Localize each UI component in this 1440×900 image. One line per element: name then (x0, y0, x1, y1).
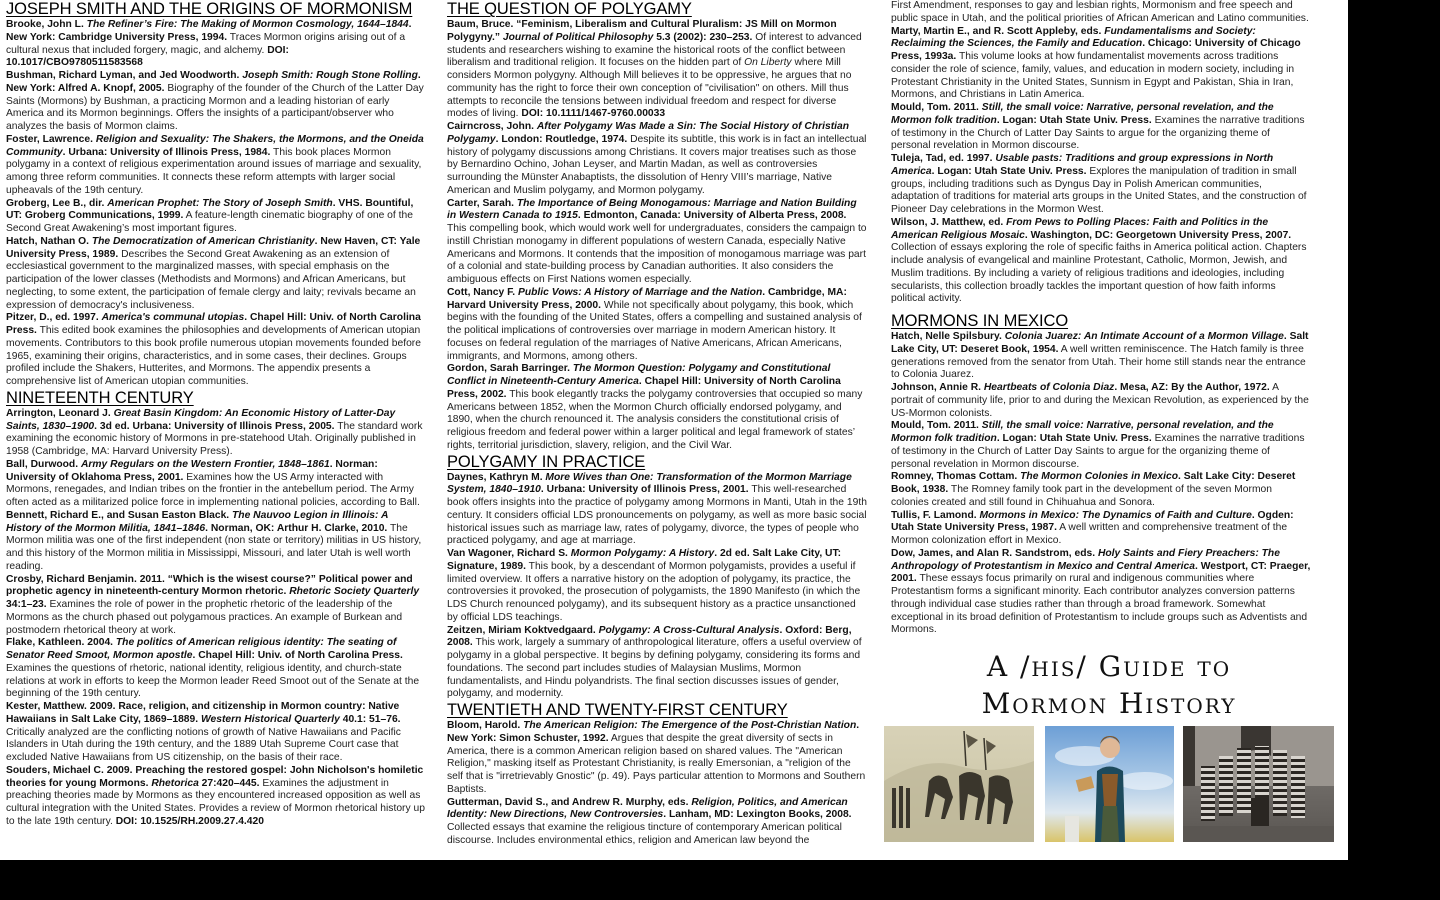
guide-title-line-1: A /his/ Guide to (884, 648, 1334, 685)
bib-entry: Cott, Nancy F. Public Vows: A History of… (447, 287, 867, 364)
bib-entry: Cairncross, John. After Polygamy Was Mad… (447, 121, 867, 198)
bib-entry: Kester, Matthew. 2009. Race, religion, a… (6, 701, 426, 765)
bib-entry: Johnson, Annie R. Heartbeats of Colonia … (891, 382, 1311, 420)
bib-entry: Daynes, Kathryn M. More Wives than One: … (447, 472, 867, 549)
bib-entry: Tullis, F. Lamond. Mormons in Mexico: Th… (891, 510, 1311, 548)
bib-entry: Zeitzen, Miriam Koktvedgaard. Polygamy: … (447, 625, 867, 702)
column-2: THE QUESTION OF POLYGAMY Baum, Bruce. “F… (447, 0, 867, 848)
bib-entry: Tuleja, Tad, ed. 1997. Usable pasts: Tra… (891, 153, 1311, 217)
bib-entry: Bennett, Richard E., and Susan Easton Bl… (6, 510, 426, 574)
bibliography-page: JOSEPH SMITH AND THE ORIGINS OF MORMONIS… (0, 0, 1348, 860)
section-heading-nineteenth: NINETEENTH CENTURY (6, 389, 426, 407)
engraving-image (884, 726, 1034, 842)
prisoners-photo-image (1183, 726, 1334, 842)
bib-entry-continued: First Amendment, responses to gay and le… (891, 0, 1311, 26)
bib-entry: Van Wagoner, Richard S. Mormon Polygamy:… (447, 548, 867, 625)
doi: DOI: 10.1111/1467-9760.00033 (521, 108, 665, 119)
portrait-painting-image (1045, 726, 1174, 842)
bib-entry: Dow, James, and Alan R. Sandstrom, eds. … (891, 548, 1311, 637)
bib-entry: Wilson, J. Matthew, ed. From Pews to Pol… (891, 217, 1311, 306)
bib-entry: Gutterman, David S., and Andrew R. Murph… (447, 797, 867, 848)
bib-entry: Arrington, Leonard J. Great Basin Kingdo… (6, 408, 426, 459)
section-heading-origins: JOSEPH SMITH AND THE ORIGINS OF MORMONIS… (6, 0, 426, 18)
section-heading-polygamy-question: THE QUESTION OF POLYGAMY (447, 0, 867, 18)
bib-entry: Flake, Kathleen. 2004. The politics of A… (6, 637, 426, 701)
bib-entry: Brooke, John L. The Refiner’s Fire: The … (6, 19, 426, 70)
doi: DOI: 10.1525/RH.2009.27.4.420 (116, 816, 264, 827)
column-3: First Amendment, responses to gay and le… (891, 0, 1311, 637)
bib-entry: Hatch, Nathan O. The Democratization of … (6, 236, 426, 313)
bib-entry: Marty, Martin E., and R. Scott Appleby, … (891, 26, 1311, 103)
bib-entry: Baum, Bruce. “Feminism, Liberalism and C… (447, 19, 867, 121)
bib-entry: Mould, Tom. 2011. Still, the small voice… (891, 102, 1311, 153)
bib-entry: Crosby, Richard Benjamin. 2011. “Which i… (6, 574, 426, 638)
section-heading-mexico: MORMONS IN MEXICO (891, 312, 1311, 330)
bib-entry: Romney, Thomas Cottam. The Mormon Coloni… (891, 471, 1311, 509)
guide-title-line-2: Mormon History (884, 685, 1334, 722)
section-heading-twentieth: TWENTIETH AND TWENTY-FIRST CENTURY (447, 701, 867, 719)
bib-entry: Bloom, Harold. The American Religion: Th… (447, 720, 867, 797)
bib-entry: Bushman, Richard Lyman, and Jed Woodwort… (6, 70, 426, 134)
bib-entry: Mould, Tom. 2011. Still, the small voice… (891, 420, 1311, 471)
bib-entry: Groberg, Lee B., dir. American Prophet: … (6, 198, 426, 236)
guide-title: A /his/ Guide to Mormon History (884, 648, 1334, 722)
bib-entry: Souders, Michael C. 2009. Preaching the … (6, 765, 426, 829)
bib-entry: Gordon, Sarah Barringer. The Mormon Ques… (447, 363, 867, 452)
bib-entry: Carter, Sarah. The Importance of Being M… (447, 198, 867, 287)
column-1: JOSEPH SMITH AND THE ORIGINS OF MORMONIS… (6, 0, 426, 829)
bib-entry: Hatch, Nelle Spilsbury. Colonia Juarez: … (891, 331, 1311, 382)
bib-entry: Foster, Lawrence. Religion and Sexuality… (6, 134, 426, 198)
bib-entry: Pitzer, D., ed. 1997. America's communal… (6, 312, 426, 389)
section-heading-polygamy-practice: POLYGAMY IN PRACTICE (447, 453, 867, 471)
bib-entry: Ball, Durwood. Army Regulars on the West… (6, 459, 426, 510)
